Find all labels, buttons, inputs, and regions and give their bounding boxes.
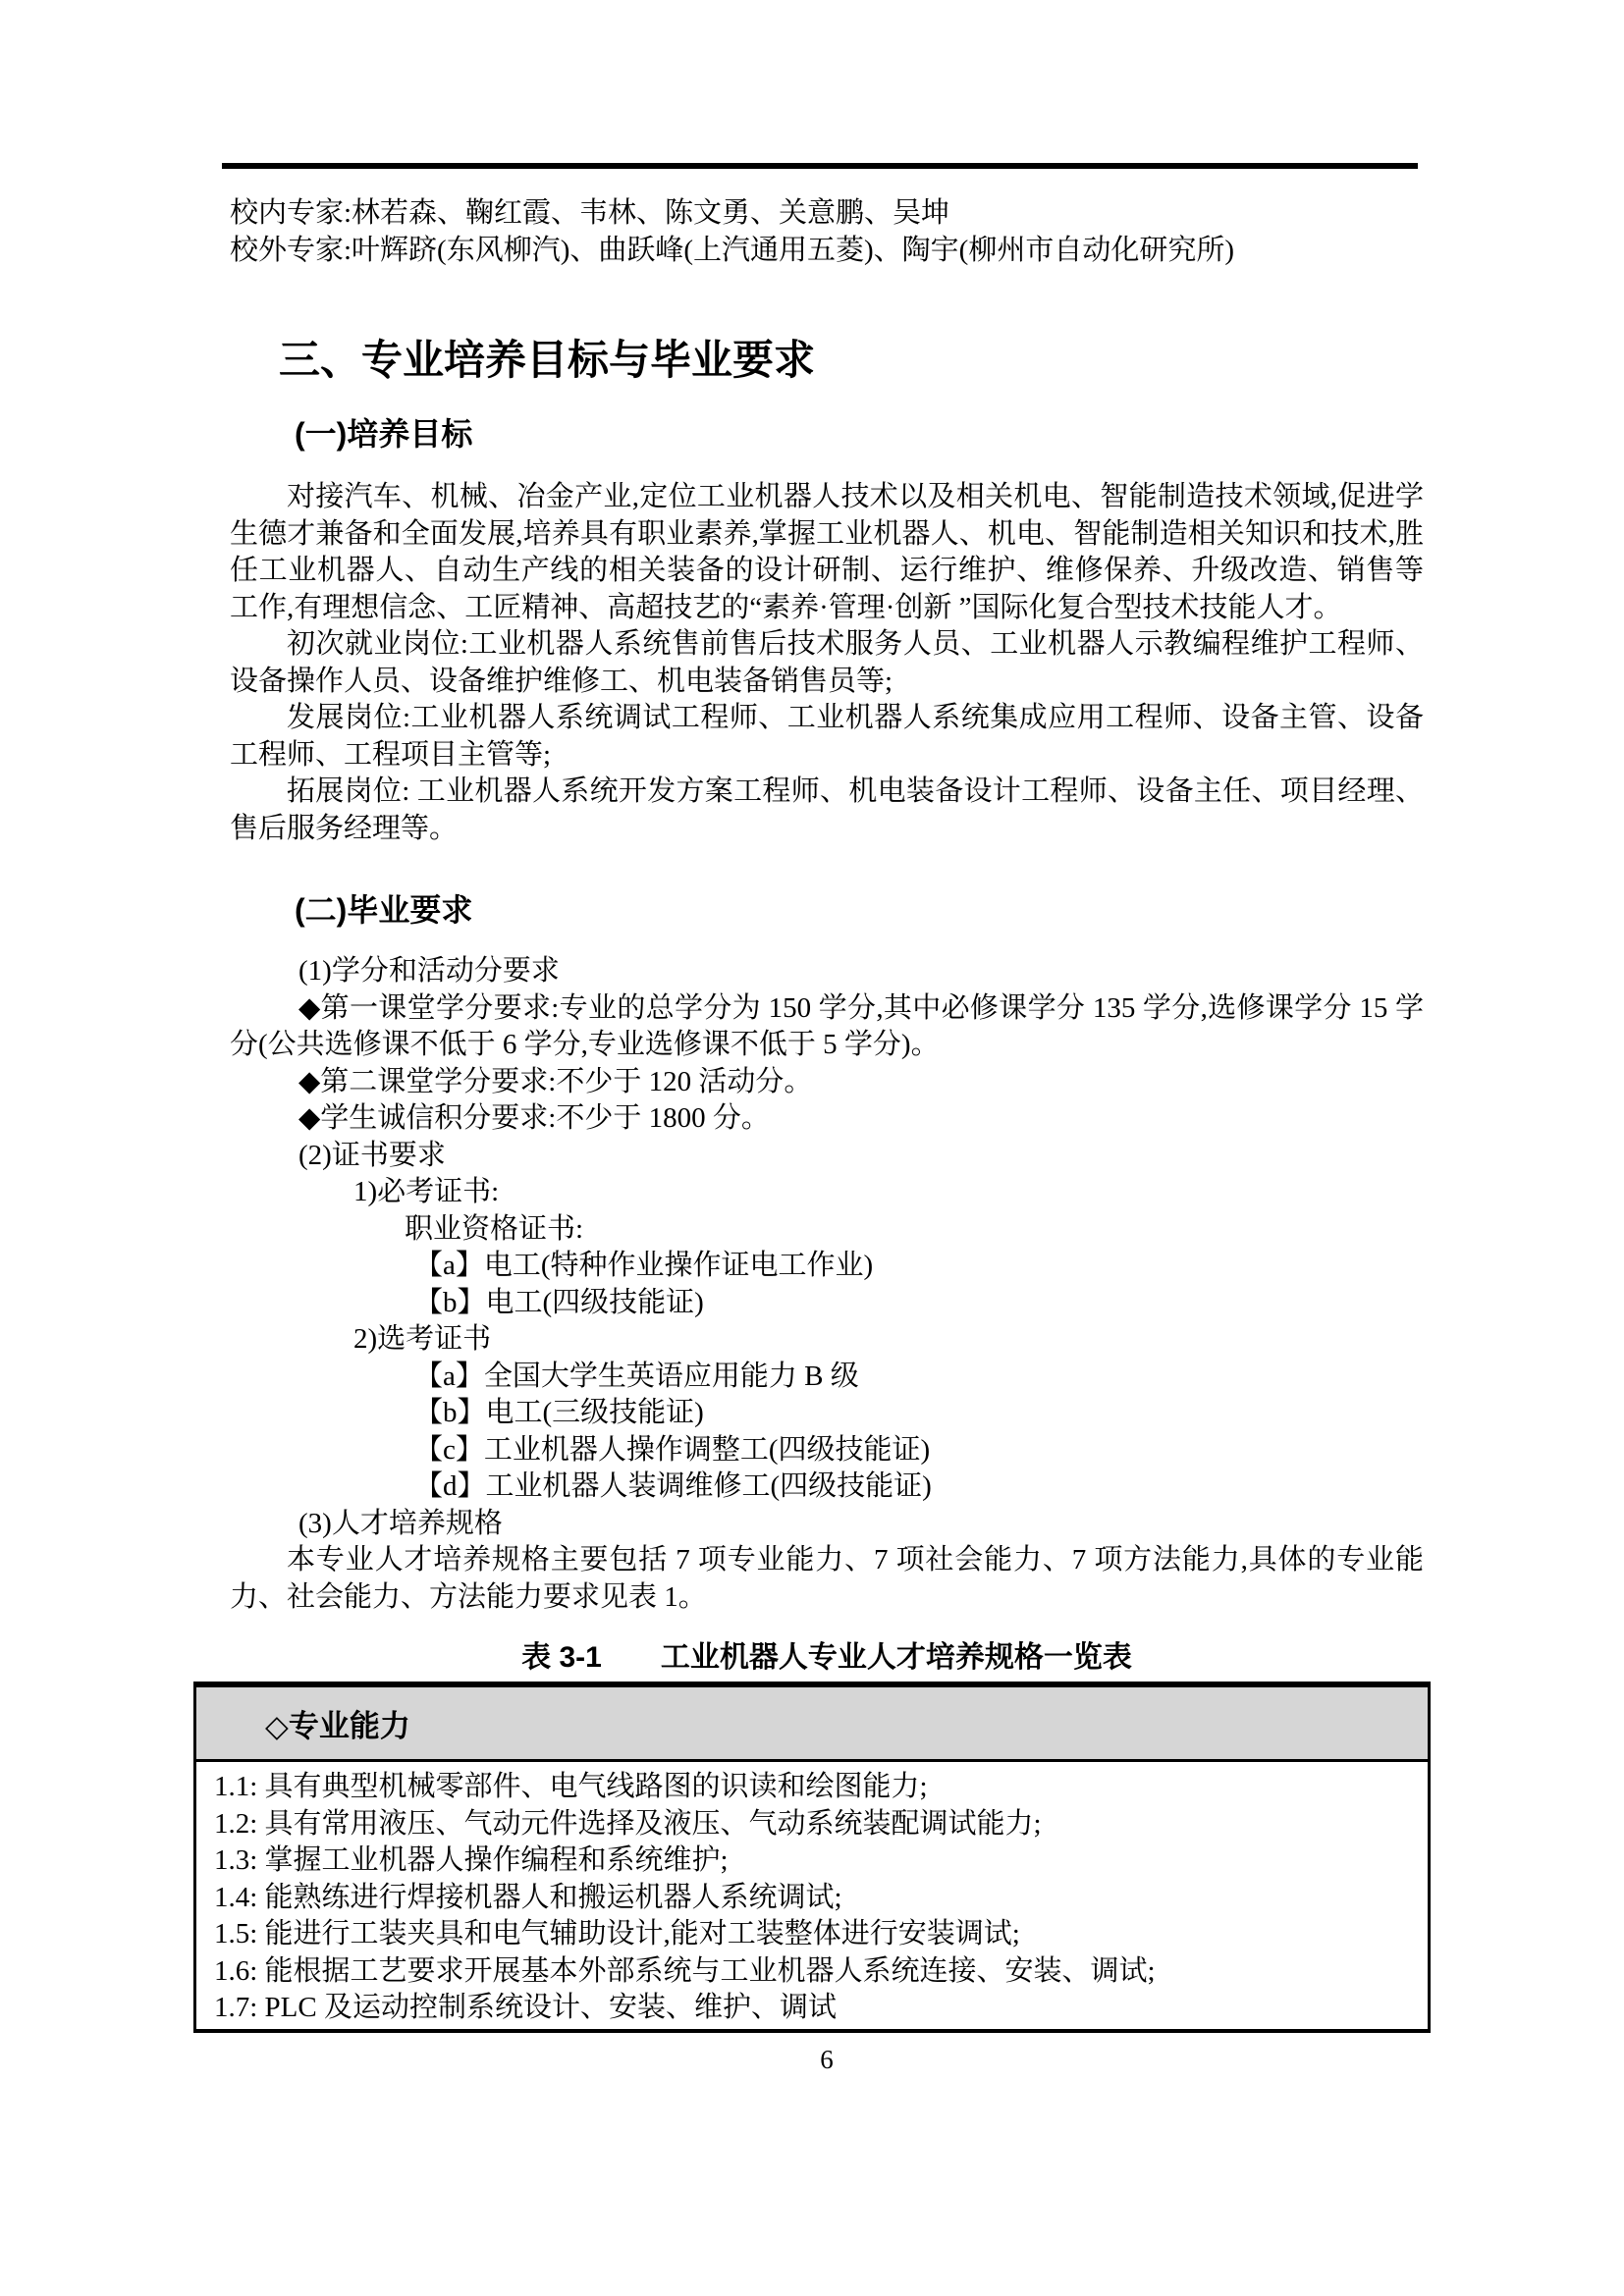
table-row: 1.1: 具有典型机械零部件、电气线路图的识读和绘图能力; <box>214 1769 1410 1806</box>
table-body: 1.1: 具有典型机械零部件、电气线路图的识读和绘图能力; 1.2: 具有常用液… <box>196 1762 1428 2029</box>
paragraph-training-goal: 对接汽车、机械、冶金产业,定位工业机器人技术以及相关机电、智能制造技术领域,促进… <box>230 479 1424 626</box>
req-second-classroom: ◆第二课堂学分要求:不少于 120 活动分。 <box>230 1064 1424 1101</box>
req-integrity-points: ◆学生诚信积分要求:不少于 1800 分。 <box>230 1100 1424 1138</box>
experts-internal-line: 校内专家:林若森、鞠红霞、韦林、陈文勇、关意鹏、吴坤 <box>230 194 1506 232</box>
training-goal-paragraphs: 对接汽车、机械、冶金产业,定位工业机器人技术以及相关机电、智能制造技术领域,促进… <box>230 479 1424 847</box>
table-row: 1.6: 能根据工艺要求开展基本外部系统与工业机器人系统连接、安装、调试; <box>214 1953 1410 1991</box>
req-cert-a1: 【a】电工(特种作业操作证电工作业) <box>230 1248 1424 1285</box>
table-row: 1.2: 具有常用液压、气动元件选择及液压、气动系统装配调试能力; <box>214 1806 1410 1843</box>
spec-table: ◇专业能力 1.1: 具有典型机械零部件、电气线路图的识读和绘图能力; 1.2:… <box>193 1682 1431 2033</box>
table-row: 1.3: 掌握工业机器人操作编程和系统维护; <box>214 1842 1410 1880</box>
table-title: 表 3-1 工业机器人专业人才培养规格一览表 <box>230 1639 1424 1677</box>
req-mandatory-certs: 1)必考证书: <box>230 1174 1424 1211</box>
req-talent-spec-paragraph: 本专业人才培养规格主要包括 7 项专业能力、7 项社会能力、7 项方法能力,具体… <box>230 1542 1424 1616</box>
training-goal-heading: (一)培养目标 <box>295 414 1624 454</box>
paragraph-development-jobs: 发展岗位:工业机器人系统调试工程师、工业机器人系统集成应用工程师、设备主管、设备… <box>230 700 1424 774</box>
header-rule <box>222 163 1418 169</box>
req-optional-certs: 2)选考证书 <box>230 1321 1424 1359</box>
req-credit-heading: (1)学分和活动分要求 <box>230 953 1424 990</box>
graduation-req-list: (1)学分和活动分要求 ◆第一课堂学分要求:专业的总学分为 150 学分,其中必… <box>230 953 1424 1616</box>
paragraph-extension-jobs: 拓展岗位: 工业机器人系统开发方案工程师、机电装备设计工程师、设备主任、项目经理… <box>230 774 1424 847</box>
req-cert-a2: 【a】全国大学生英语应用能力 B 级 <box>230 1359 1424 1396</box>
experts-external-line: 校外专家:叶辉跻(东风柳汽)、曲跃峰(上汽通用五菱)、陶宇(柳州市自动化研究所) <box>230 232 1506 269</box>
req-talent-spec-heading: (3)人才培养规格 <box>230 1506 1424 1543</box>
req-cert-d2: 【d】工业机器人装调维修工(四级技能证) <box>230 1468 1424 1506</box>
table-row: 1.7: PLC 及运动控制系统设计、安装、维护、调试 <box>214 1990 1410 2027</box>
paragraph-first-jobs: 初次就业岗位:工业机器人系统售前售后技术服务人员、工业机器人示教编程维护工程师、… <box>230 626 1424 700</box>
req-cert-b1: 【b】电工(四级技能证) <box>230 1285 1424 1322</box>
page-number: 6 <box>230 2043 1424 2076</box>
table-row: 1.4: 能熟练进行焊接机器人和搬运机器人系统调试; <box>214 1880 1410 1917</box>
table-row: 1.5: 能进行工装夹具和电气辅助设计,能对工装整体进行安装调试; <box>214 1916 1410 1953</box>
req-vocational-certs-label: 职业资格证书: <box>230 1211 1424 1249</box>
experts-block: 校内专家:林若森、鞠红霞、韦林、陈文勇、关意鹏、吴坤 校外专家:叶辉跻(东风柳汽… <box>230 194 1506 269</box>
section-title: 三、专业培养目标与毕业要求 <box>279 338 1624 383</box>
req-cert-b2: 【b】电工(三级技能证) <box>230 1395 1424 1432</box>
document-page: 校内专家:林若森、鞠红霞、韦林、陈文勇、关意鹏、吴坤 校外专家:叶辉跻(东风柳汽… <box>0 0 1624 2296</box>
req-certificate-heading: (2)证书要求 <box>230 1138 1424 1175</box>
req-first-classroom: ◆第一课堂学分要求:专业的总学分为 150 学分,其中必修课学分 135 学分,… <box>230 990 1424 1064</box>
req-cert-c2: 【c】工业机器人操作调整工(四级技能证) <box>230 1432 1424 1469</box>
graduation-req-heading: (二)毕业要求 <box>295 890 1624 930</box>
table-header-professional-ability: ◇专业能力 <box>196 1687 1428 1762</box>
